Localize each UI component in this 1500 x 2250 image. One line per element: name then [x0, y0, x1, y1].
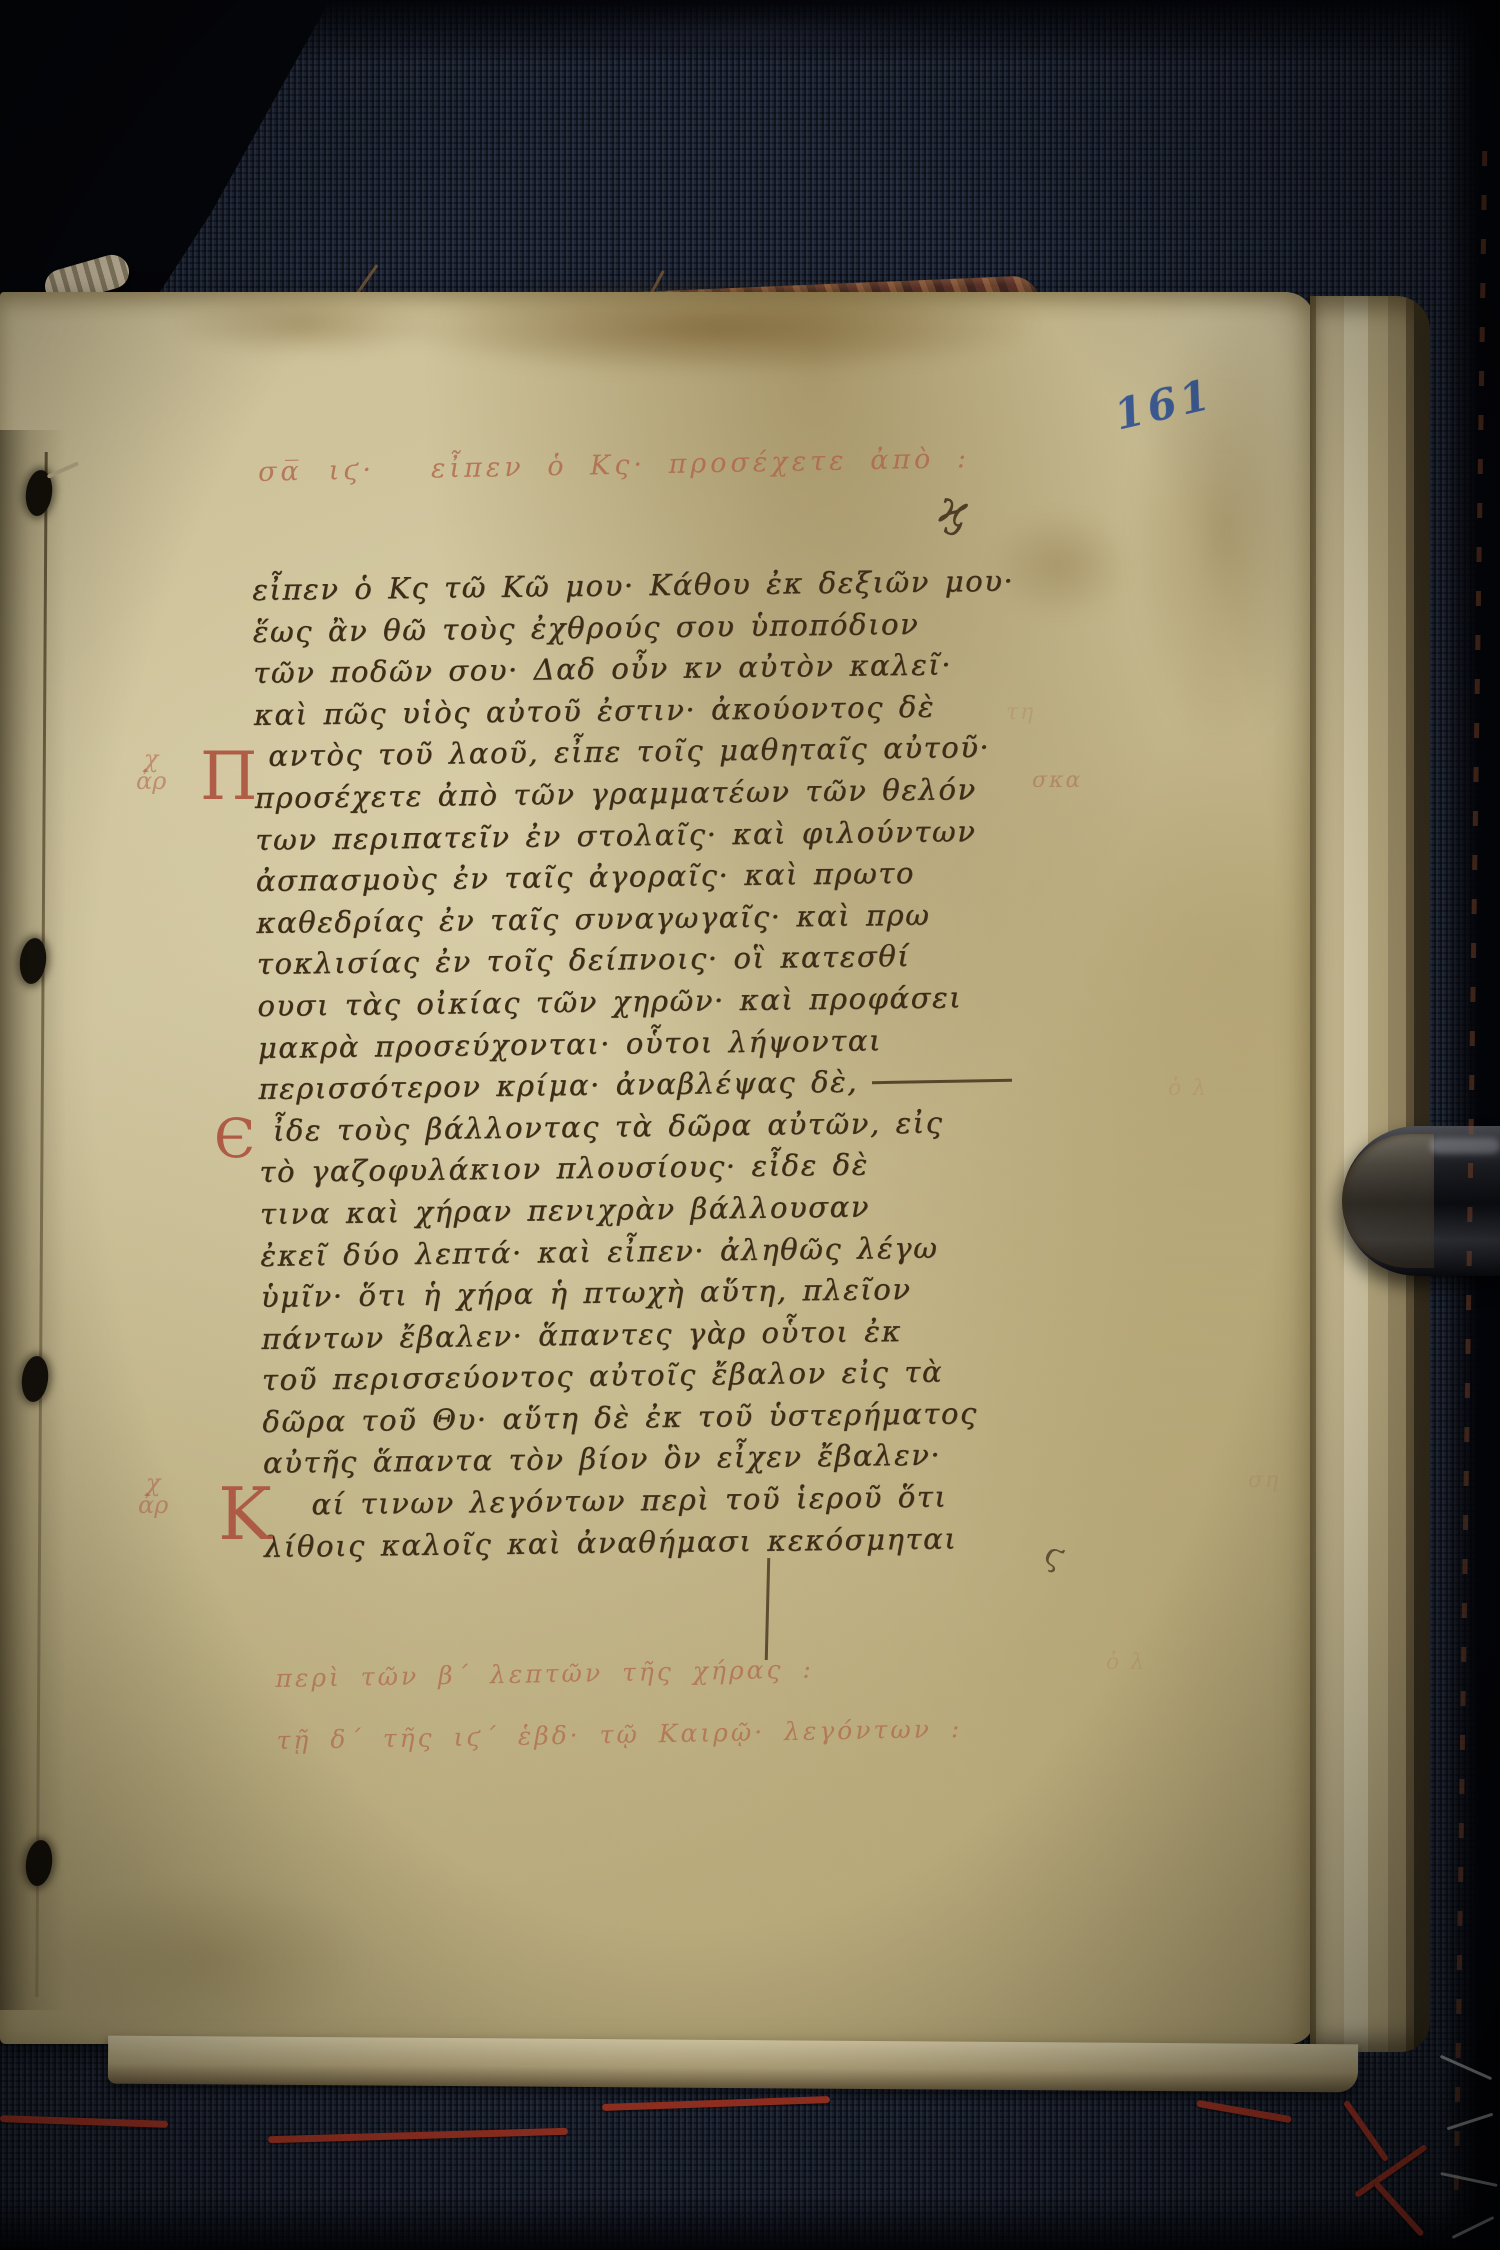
initial-kappa: Κ: [218, 1478, 272, 1550]
arche-ar: ἀρ: [138, 1494, 168, 1516]
marginal-note: ὁ λ: [1106, 1650, 1146, 1675]
bottom-leaf-stack: [108, 2036, 1358, 2093]
stain: [170, 292, 440, 356]
initial-pi: Π: [200, 744, 258, 810]
initial-epsilon: Є: [214, 1112, 255, 1166]
lection-start-mark: χ ἀρ: [136, 748, 166, 792]
lection-siglum: σα̅: [258, 456, 303, 488]
marginal-note: τη: [1006, 700, 1035, 725]
footer-rubric: περὶ τῶν β΄ λεπτῶν τῆς χήρας : τῇ δ΄ τῆς…: [275, 1636, 963, 1772]
gospel-text-block: εἶπεν ὁ Κς τῶ Κῶ μου· Κάθου ἐκ δεξιῶν μο…: [252, 560, 1054, 1568]
lection-start-mark: χ ἀρ: [138, 1472, 168, 1516]
arche-ar: ἀρ: [136, 770, 166, 792]
bottom-edge-shadow: [0, 2196, 1500, 2250]
lectionary-note: τῇ δ΄ τῆς ιϛ΄ ἑβδ· τῷ Καιρῷ· λεγόντων :: [276, 1698, 963, 1772]
right-edge-shadow: [1448, 0, 1500, 2250]
stain: [40, 1880, 370, 2040]
gutter-shading: [0, 430, 66, 2010]
marginal-note: ση: [1248, 1468, 1280, 1493]
marginal-note: σκα: [1032, 768, 1082, 793]
lection-number: ιϛ·: [328, 455, 375, 487]
page-weight-highlight: [1430, 1138, 1500, 1154]
stain: [390, 280, 1040, 375]
marginal-note: ὁ λ: [1168, 1076, 1208, 1101]
manuscript-photo: 161 σα̅ιϛ·εἶπεν ὁ Κς· προσέχετε ἀπὸ : ϗ …: [0, 0, 1500, 2250]
